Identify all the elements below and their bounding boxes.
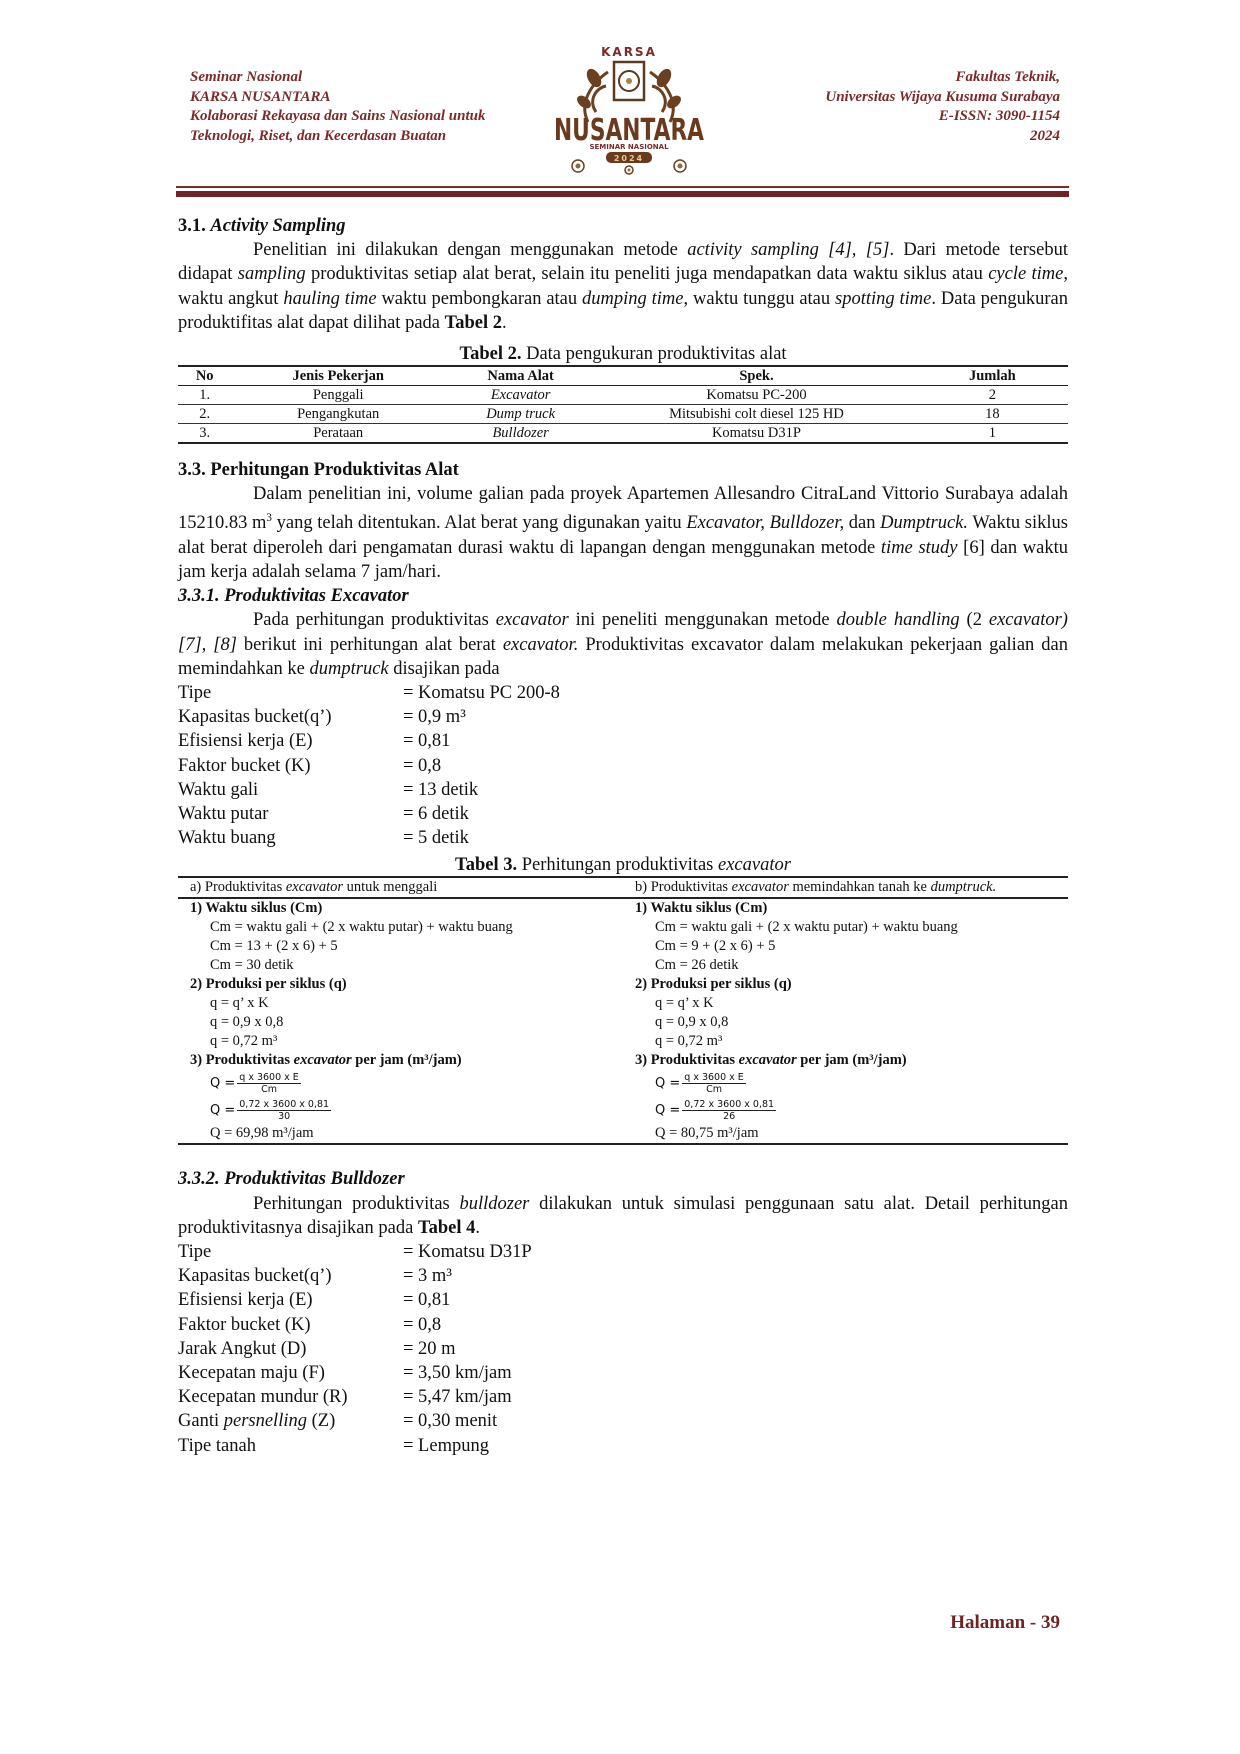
- spec-label: Waktu buang: [178, 826, 403, 850]
- spec-value: = 3,50 km/jam: [403, 1361, 512, 1385]
- formula-result: Q = 80,75 m³/jam: [635, 1124, 1068, 1143]
- header-rule-thick: [176, 191, 1069, 197]
- spec-row: Kapasitas bucket(q’)= 3 m³: [178, 1264, 1068, 1288]
- formula-line: q = 0,9 x 0,8: [635, 1013, 1068, 1032]
- table-2-caption: Tabel 2. Data pengukuran produktivitas a…: [178, 343, 1068, 365]
- spec-label: Ganti persnelling (Z): [178, 1409, 403, 1433]
- spec-row: Waktu gali= 13 detik: [178, 778, 1068, 802]
- logo-year-text: 2024: [614, 154, 644, 163]
- step-heading: 1) Waktu siklus (Cm): [635, 899, 1068, 918]
- formula-line: Cm = 30 detik: [190, 956, 623, 975]
- table-header-row: No Jenis Pekerjan Nama Alat Spek. Jumlah: [178, 366, 1068, 386]
- spec-row: Kecepatan maju (F)= 3,50 km/jam: [178, 1361, 1068, 1385]
- header-right-line: Fakultas Teknik,: [825, 68, 1060, 88]
- cell-no: 2.: [178, 405, 231, 424]
- spec-value: = 13 detik: [403, 778, 478, 802]
- bulldozer-spec-list: Tipe= Komatsu D31PKapasitas bucket(q’)= …: [178, 1240, 1068, 1458]
- spec-label: Tipe tanah: [178, 1434, 403, 1458]
- table-row: 1. Penggali Excavator Komatsu PC-200 2: [178, 386, 1068, 405]
- cell-spek: Komatsu D31P: [596, 424, 916, 444]
- spec-label: Tipe: [178, 1240, 403, 1264]
- spec-label: Jarak Angkut (D): [178, 1337, 403, 1361]
- spec-value: = 0,81: [403, 1288, 450, 1312]
- cell-no: 1.: [178, 386, 231, 405]
- paragraph-3-3-1: Pada perhitungan produktivitas excavator…: [178, 608, 1068, 681]
- section-heading-3-3-2: 3.3.2. Produktivitas Bulldozer: [178, 1167, 1068, 1191]
- spec-row: Waktu putar= 6 detik: [178, 802, 1068, 826]
- formula-line: Cm = 9 + (2 x 6) + 5: [635, 937, 1068, 956]
- spec-label: Efisiensi kerja (E): [178, 1288, 403, 1312]
- header-left-line: Teknologi, Riset, dan Kecerdasan Buatan: [190, 127, 486, 147]
- spec-value: = 6 detik: [403, 802, 469, 826]
- formula-line: q = 0,9 x 0,8: [190, 1013, 623, 1032]
- page-number: Halaman - 39: [950, 1612, 1060, 1634]
- header-right-line: E-ISSN: 3090-1154: [825, 107, 1060, 127]
- cell-jumlah: 1: [917, 424, 1068, 444]
- logo-sub-text: SEMINAR NASIONAL: [589, 143, 669, 151]
- step-heading: 3) Produktivitas excavator per jam (m³/j…: [190, 1051, 623, 1070]
- spec-row: Tipe tanah= Lempung: [178, 1434, 1068, 1458]
- paragraph-3-3: Dalam penelitian ini, volume galian pada…: [178, 482, 1068, 584]
- table-2: No Jenis Pekerjan Nama Alat Spek. Jumlah…: [178, 365, 1068, 444]
- formula-line: Cm = 26 detik: [635, 956, 1068, 975]
- cell-jumlah: 18: [917, 405, 1068, 424]
- cell-no: 3.: [178, 424, 231, 444]
- formula-line: Cm = waktu gali + (2 x waktu putar) + wa…: [635, 918, 1068, 937]
- header-left: Seminar Nasional KARSA NUSANTARA Kolabor…: [190, 68, 486, 146]
- table-row: 2. Pengangkutan Dump truck Mitsubishi co…: [178, 405, 1068, 424]
- cell-jenis: Pengangkutan: [231, 405, 445, 424]
- spec-row: Faktor bucket (K)= 0,8: [178, 754, 1068, 778]
- section-heading-3-3: 3.3. Perhitungan Produktivitas Alat: [178, 458, 1068, 482]
- spec-row: Kecepatan mundur (R)= 5,47 km/jam: [178, 1385, 1068, 1409]
- formula-result: Q = 69,98 m³/jam: [190, 1124, 623, 1143]
- spec-value: = 0,30 menit: [403, 1409, 497, 1433]
- paragraph-3-3-2: Perhitungan produktivitas bulldozer dila…: [178, 1192, 1068, 1240]
- spec-row: Faktor bucket (K)= 0,8: [178, 1313, 1068, 1337]
- cell-jumlah: 2: [917, 386, 1068, 405]
- logo-top-text: KARSA: [601, 45, 657, 59]
- step-heading: 3) Produktivitas excavator per jam (m³/j…: [635, 1051, 1068, 1070]
- header-left-line: Seminar Nasional: [190, 68, 486, 88]
- col-header-spek: Spek.: [596, 366, 916, 386]
- formula-line: Cm = 13 + (2 x 6) + 5: [190, 937, 623, 956]
- fraction-formula: Q =q x 3600 x ECm: [635, 1070, 1068, 1097]
- formula-line: Cm = waktu gali + (2 x waktu putar) + wa…: [190, 918, 623, 937]
- section-heading-3-1: 3.1. Activity Sampling: [178, 214, 1068, 238]
- col-header-jumlah: Jumlah: [917, 366, 1068, 386]
- step-heading: 2) Produksi per siklus (q): [190, 975, 623, 994]
- spec-label: Waktu putar: [178, 802, 403, 826]
- spec-value: = 5 detik: [403, 826, 469, 850]
- col-header-jenis-pekerjaan: Jenis Pekerjan: [231, 366, 445, 386]
- spec-label: Faktor bucket (K): [178, 754, 403, 778]
- spec-row: Efisiensi kerja (E)= 0,81: [178, 1288, 1068, 1312]
- fraction-formula: Q =0,72 x 3600 x 0,8126: [635, 1097, 1068, 1124]
- formula-line: q = q’ x K: [190, 994, 623, 1013]
- formula-line: q = q’ x K: [635, 994, 1068, 1013]
- spec-value: = 20 m: [403, 1337, 456, 1361]
- spec-value: = Lempung: [403, 1434, 489, 1458]
- table-row: 3. Perataan Bulldozer Komatsu D31P 1: [178, 424, 1068, 444]
- header-right-line: Universitas Wijaya Kusuma Surabaya: [825, 88, 1060, 108]
- spec-value: = 0,8: [403, 1313, 441, 1337]
- spec-value: = Komatsu PC 200-8: [403, 681, 560, 705]
- table-3: a) Produktivitas excavator untuk menggal…: [178, 876, 1068, 1145]
- cell-alat: Dump truck: [445, 405, 596, 424]
- spec-label: Kapasitas bucket(q’): [178, 1264, 403, 1288]
- paragraph-3-1: Penelitian ini dilakukan dengan mengguna…: [178, 238, 1068, 335]
- spec-label: Faktor bucket (K): [178, 1313, 403, 1337]
- cell-jenis: Penggali: [231, 386, 445, 405]
- header-right-line: 2024: [825, 127, 1060, 147]
- table-3-caption: Tabel 3. Perhitungan produktivitas excav…: [178, 854, 1068, 876]
- spec-value: = Komatsu D31P: [403, 1240, 532, 1264]
- spec-row: Tipe= Komatsu PC 200-8: [178, 681, 1068, 705]
- table-3-col-b: 1) Waktu siklus (Cm)Cm = waktu gali + (2…: [623, 899, 1068, 1143]
- spec-value: = 3 m³: [403, 1264, 452, 1288]
- page-content: 3.1. Activity Sampling Penelitian ini di…: [178, 214, 1068, 1458]
- spec-label: Tipe: [178, 681, 403, 705]
- table-3-col-a-header: a) Produktivitas excavator untuk menggal…: [178, 878, 623, 897]
- fraction-formula: Q =0,72 x 3600 x 0,8130: [190, 1097, 623, 1124]
- table-3-col-a: 1) Waktu siklus (Cm)Cm = waktu gali + (2…: [178, 899, 623, 1143]
- header-left-line: KARSA NUSANTARA: [190, 88, 486, 108]
- step-heading: 1) Waktu siklus (Cm): [190, 899, 623, 918]
- spec-label: Kapasitas bucket(q’): [178, 705, 403, 729]
- table-3-col-b-header: b) Produktivitas excavator memindahkan t…: [623, 878, 1068, 897]
- cell-spek: Komatsu PC-200: [596, 386, 916, 405]
- spec-label: Waktu gali: [178, 778, 403, 802]
- table-3-header: a) Produktivitas excavator untuk menggal…: [178, 878, 1068, 899]
- cell-spek: Mitsubishi colt diesel 125 HD: [596, 405, 916, 424]
- spec-row: Ganti persnelling (Z)= 0,30 menit: [178, 1409, 1068, 1433]
- spec-row: Waktu buang= 5 detik: [178, 826, 1068, 850]
- spec-value: = 0,8: [403, 754, 441, 778]
- spec-row: Kapasitas bucket(q’)= 0,9 m³: [178, 705, 1068, 729]
- karsa-nusantara-logo: KARSA NUSANTARA SEMINAR NASIONAL 2024: [548, 42, 710, 176]
- spec-label: Efisiensi kerja (E): [178, 729, 403, 753]
- cell-alat: Bulldozer: [445, 424, 596, 444]
- spec-label: Kecepatan mundur (R): [178, 1385, 403, 1409]
- section-heading-3-3-1: 3.3.1. Produktivitas Excavator: [178, 584, 1068, 608]
- excavator-spec-list: Tipe= Komatsu PC 200-8Kapasitas bucket(q…: [178, 681, 1068, 850]
- spec-value: = 0,81: [403, 729, 450, 753]
- cell-alat: Excavator: [445, 386, 596, 405]
- fraction-formula: Q =q x 3600 x ECm: [190, 1070, 623, 1097]
- spec-label: Kecepatan maju (F): [178, 1361, 403, 1385]
- header-rule-thin: [176, 186, 1069, 188]
- spec-row: Jarak Angkut (D)= 20 m: [178, 1337, 1068, 1361]
- spec-row: Efisiensi kerja (E)= 0,81: [178, 729, 1068, 753]
- spec-row: Tipe= Komatsu D31P: [178, 1240, 1068, 1264]
- header-left-line: Kolaborasi Rekayasa dan Sains Nasional u…: [190, 107, 486, 127]
- col-header-no: No: [178, 366, 231, 386]
- col-header-nama-alat: Nama Alat: [445, 366, 596, 386]
- step-heading: 2) Produksi per siklus (q): [635, 975, 1068, 994]
- formula-line: q = 0,72 m³: [190, 1032, 623, 1051]
- cell-jenis: Perataan: [231, 424, 445, 444]
- spec-value: = 0,9 m³: [403, 705, 466, 729]
- header-right: Fakultas Teknik, Universitas Wijaya Kusu…: [825, 68, 1060, 146]
- formula-line: q = 0,72 m³: [635, 1032, 1068, 1051]
- spec-value: = 5,47 km/jam: [403, 1385, 512, 1409]
